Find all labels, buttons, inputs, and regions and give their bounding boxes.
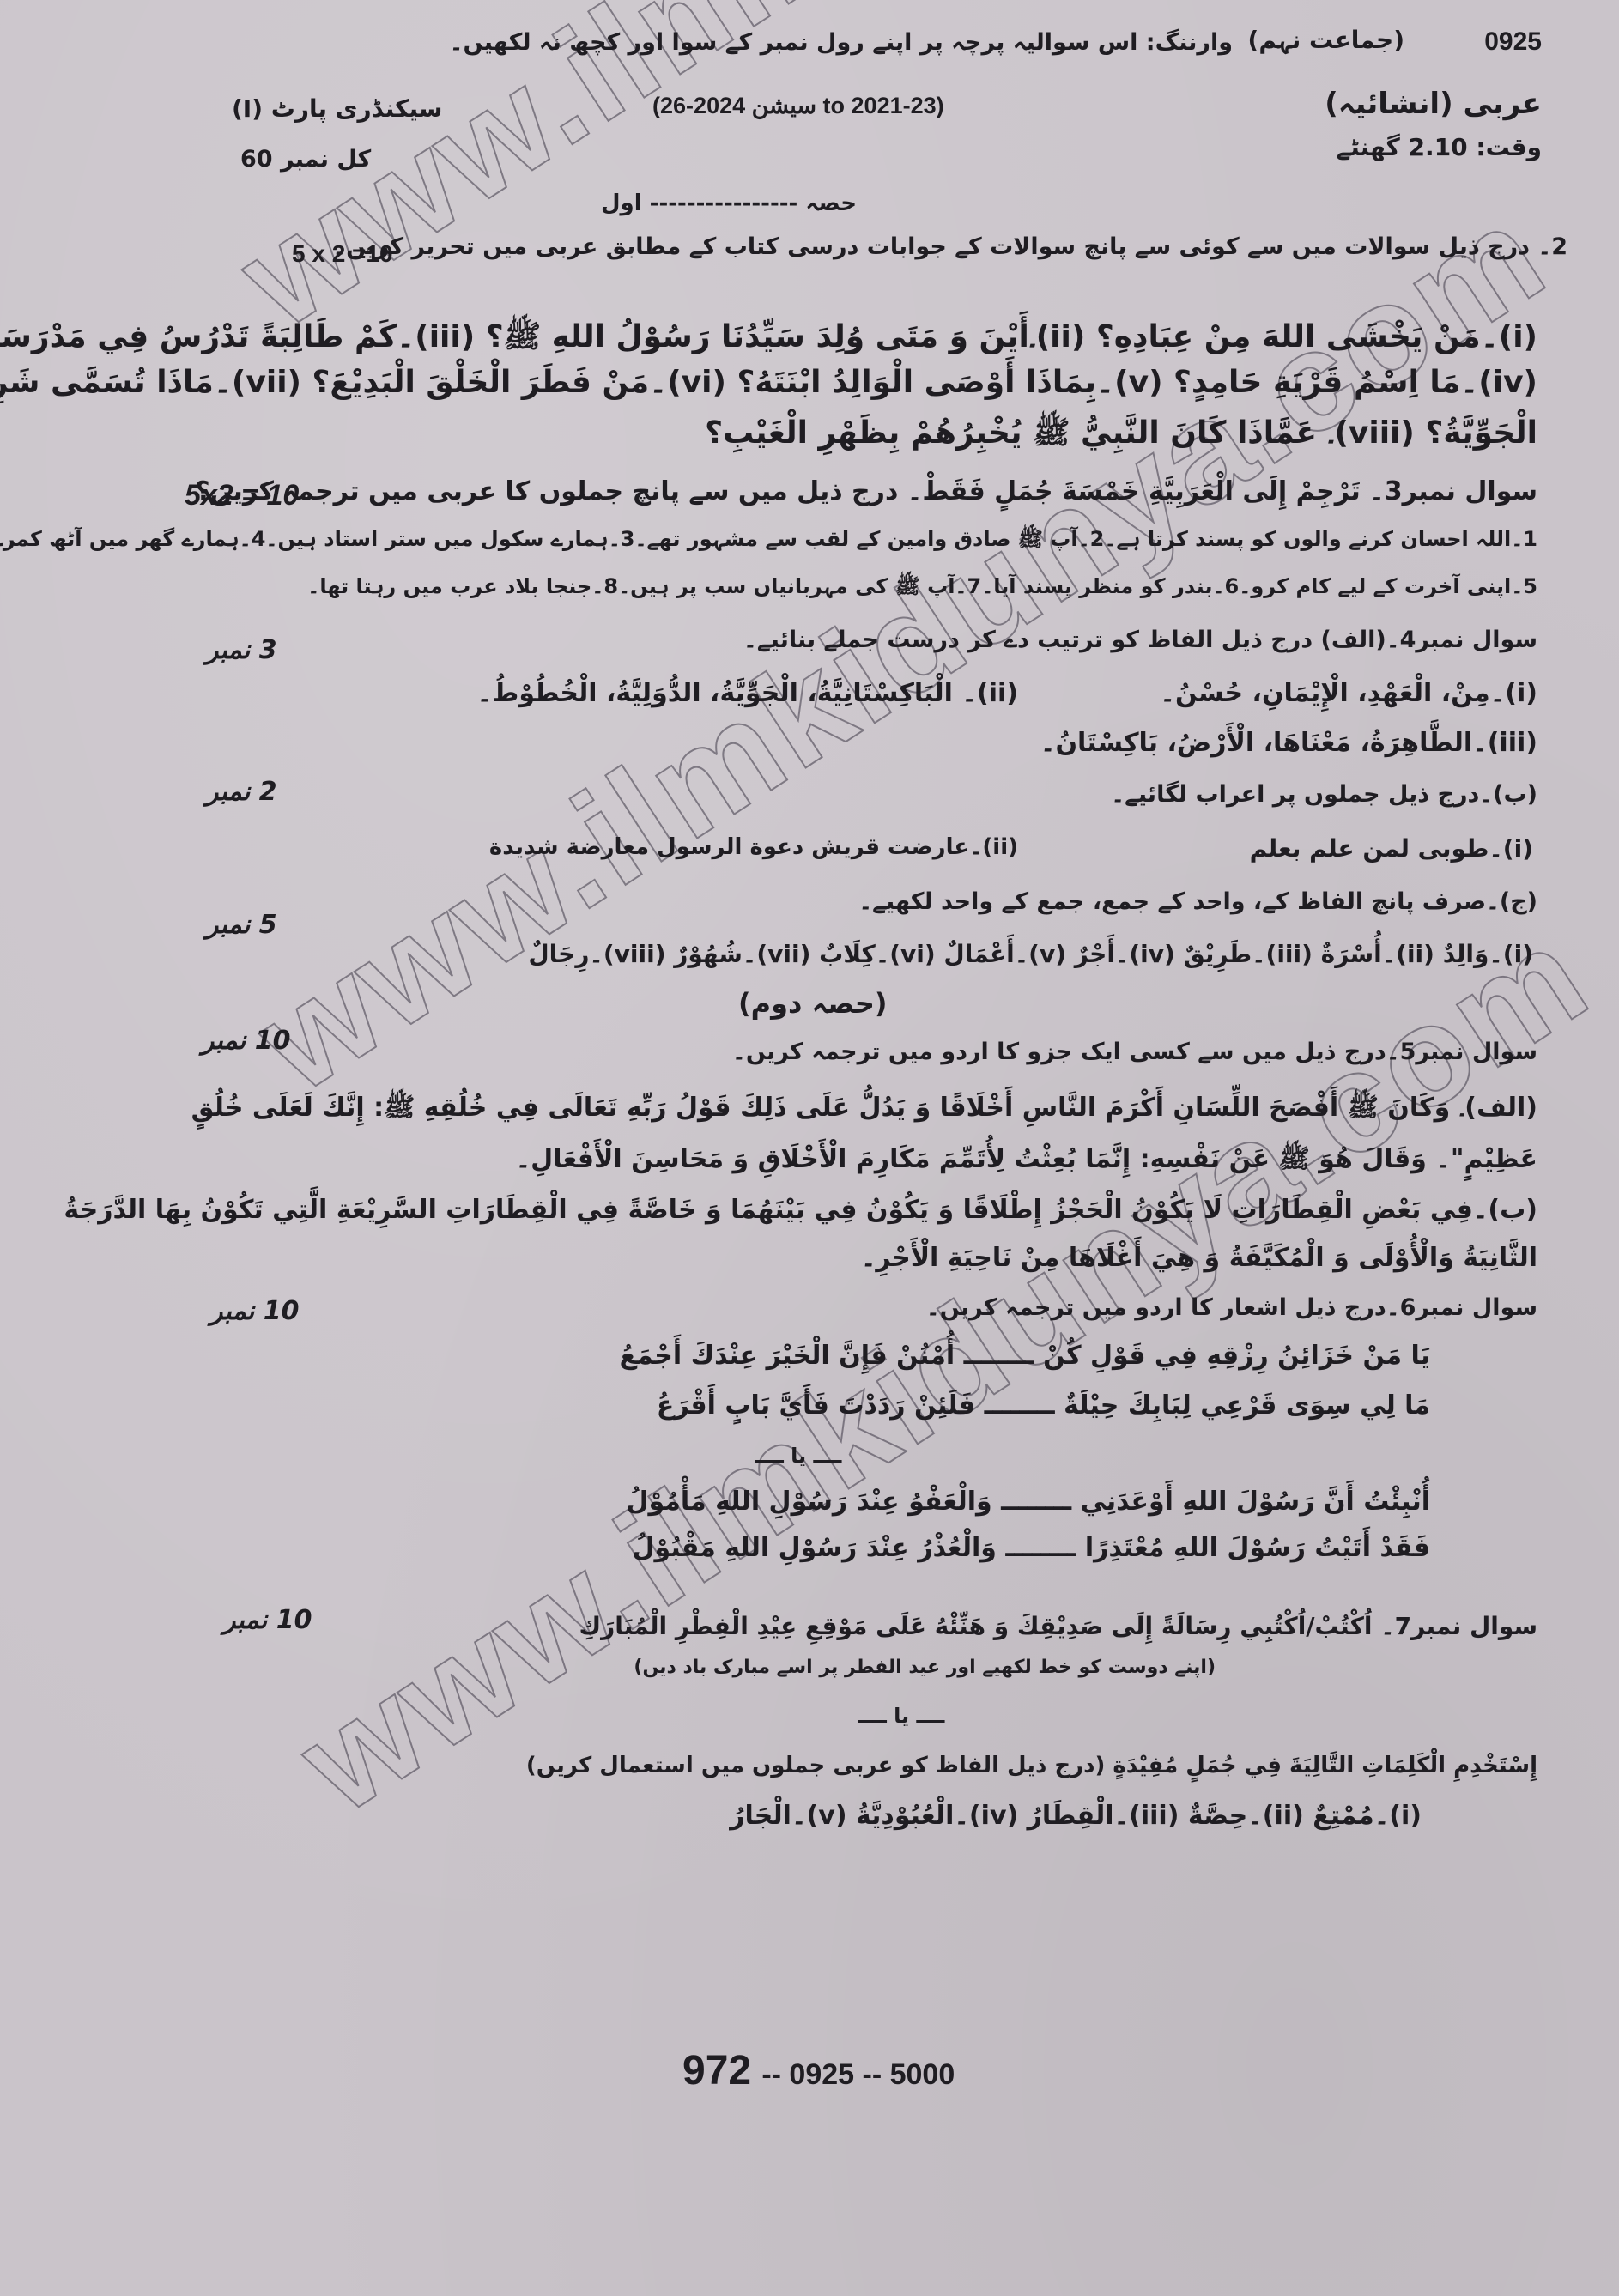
q6-verse-2b: فَقَدْ أَتَيْتُ رَسُوْلَ اللهِ مُعْتَذِر… [633, 1533, 1430, 1563]
q2-line-3: الْجَوِّيَّةُ؟ (viii)۔ عَمَّاذَا كَانَ ا… [705, 414, 1537, 458]
q2-marks: 5 x 2 =10 [292, 240, 393, 268]
q6-title: سوال نمبر6۔درج ذیل اشعار کا اردو میں ترج… [926, 1294, 1537, 1321]
q2-line-2: (iv)۔مَا اِسْمُ قَرْيَةِ حَامِدٍ؟ (v)۔بِ… [0, 365, 1537, 400]
q7-alt-items: (i)۔مُمْتِعٌ (ii)۔حِصَّةٌ (iii)۔الْقِطَا… [730, 1801, 1422, 1831]
q5b-line-1: (ب)۔فِي بَعْضِ الْقِطَارَاتِ لَا يَكُوْن… [64, 1195, 1537, 1225]
q5-marks: 10 نمبر [202, 1026, 291, 1056]
q6-verse-1b: مَا لِي سِوَى قَرْعِي لِبَابِكَ حِيْلَةٌ… [657, 1390, 1430, 1421]
exam-paper: www.ilmkidunya.com www.ilmkidunya.com ww… [0, 0, 1619, 2296]
print-code-rest: -- 0925 -- 5000 [761, 2058, 955, 2091]
section-two-title: (حصہ دوم) [738, 987, 888, 1020]
q2-instruction: 2۔ درج ذیل سوالات میں سے کوئی سے پانچ سو… [332, 233, 1567, 260]
warning-text: وارننگ: اس سوالیہ پرچہ پر اپنے رول نمبر … [450, 29, 1233, 56]
section-one-title: حصہ ---------------- اول [601, 191, 857, 216]
q4a-item-1: (i)۔مِنْ، الْعَهْدِ، الْإِيْمَانِ، حُسْن… [1160, 678, 1537, 708]
grade-label: (جماعت نہم) [1248, 26, 1404, 54]
q3-title: سوال نمبر3۔ تَرْجِمْ إِلَى الْعَرَبِيَّة… [195, 476, 1537, 506]
part-label: سیکنڈری پارٹ (I) [232, 94, 442, 123]
q4a-marks: 3 نمبر [206, 635, 277, 665]
q4c-title: (ج)۔صرف پانچ الفاظ کے، واحد کے جمع، جمع … [858, 888, 1537, 915]
q3-marks: 5x2 = 10 [185, 479, 299, 512]
q4b-item-2: (ii)۔عارضت قريش دعوة الرسول معارضة شديدة [489, 834, 1018, 860]
q3-sentences-line-1: 1۔اللہ احسان کرنے والوں کو پسند کرتا ہے۔… [0, 526, 1537, 556]
q2-line-1: (i)۔مَنْ يَخْشَى اللهَ مِنْ عِبَادِهِ؟ (… [0, 318, 1537, 362]
q4b-title: (ب)۔درج ذیل جملوں پر اعراب لگائیے۔ [1111, 781, 1537, 808]
q6-verse-2a: أُنْبِئْتُ أَنَّ رَسُوْلَ اللهِ أَوْعَدَ… [626, 1487, 1430, 1517]
q4-title: سوال نمبر4۔(الف) درج ذیل الفاظ کو ترتیب … [743, 627, 1537, 653]
q6-or-label: ــــ یا ــــ [755, 1444, 841, 1468]
q6-marks: 10 نمبر [210, 1296, 300, 1326]
q7-subtitle: (اپنے دوست کو خط لکھیے اور عید الفطر پر … [634, 1657, 1216, 1678]
q7-marks: 10 نمبر [223, 1605, 312, 1635]
session-label: (سیشن 2024-26 to 2021-23) [652, 93, 944, 119]
total-marks: کل نمبر 60 [240, 146, 371, 173]
q7-or-label: ــــ یا ــــ [858, 1704, 944, 1728]
q4a-item-2: (ii)۔ الْبَاكِسْتَانِيَّةُ، الْجَوِّيَّة… [477, 678, 1018, 708]
paper-code: 0925 [1484, 27, 1542, 57]
q4b-item-1: (i)۔طوبى لمن علم بعلم [1250, 834, 1533, 863]
time-label: وقت: 2.10 گھنٹے [1337, 133, 1542, 161]
q4a-item-3: (iii)۔الطَّاهِرَةُ، مَعْنَاهَا، الْأَرْض… [1040, 728, 1537, 758]
subject-title: عربی (انشائیہ) [1325, 86, 1542, 121]
q5a-line-2: عَظِيْمٍ"۔ وَقَالَ هُوَ ﷺ عَنْ نَفْسِهِ:… [516, 1143, 1537, 1180]
q5b-line-2: الثَّانِيَةُ وَالْأُوْلَى وَ الْمُكَيَّف… [861, 1243, 1537, 1273]
q4c-marks: 5 نمبر [206, 910, 277, 940]
q7-alt-title: إِسْتَخْدِمِ الْكَلِمَاتِ التَّالِيَةَ ف… [526, 1753, 1537, 1778]
q7-title: سوال نمبر7۔ اُكْتُبْ/اُكْتُبِي رِسَالَةً… [579, 1612, 1538, 1640]
q5a-line-1: (الف)۔ وَكَانَ ﷺ أَفْصَحَ اللِّسَانِ أَك… [191, 1092, 1537, 1129]
q6-verse-1a: يَا مَنْ خَزَائِنُ رِزْقِهِ فِي قَوْلِ ك… [620, 1341, 1430, 1371]
print-code: 972 -- 0925 -- 5000 [682, 2047, 955, 2094]
q3-sentences-line-2: 5۔اپنی آخرت کے لیے کام کرو۔6۔بندر کو منظ… [307, 573, 1537, 603]
q5-title: سوال نمبر5۔درج ذیل میں سے کسی ایک جزو کا… [732, 1039, 1537, 1065]
q4c-items: (i)۔وَالِدٌ (ii)۔أُسْرَةٌ (iii)۔طَرِيْقٌ… [528, 940, 1533, 968]
print-code-main: 972 [682, 2048, 751, 2093]
q4b-marks: 2 نمبر [206, 777, 277, 807]
